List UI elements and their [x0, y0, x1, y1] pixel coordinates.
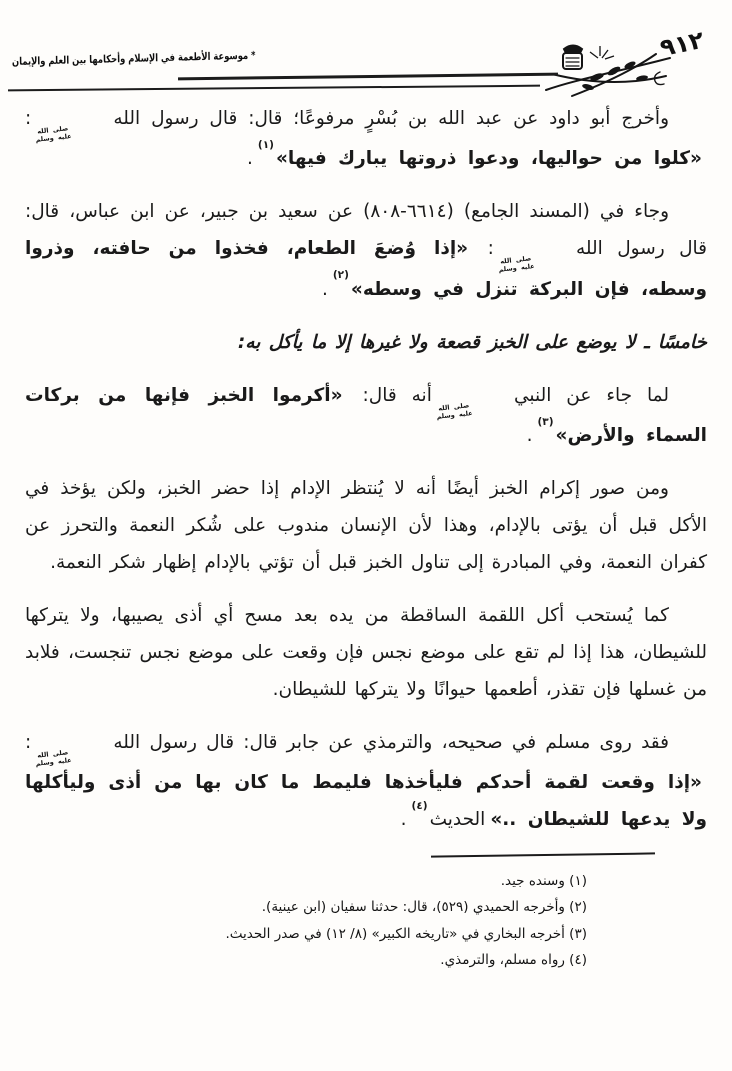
paragraph-bread-before-condiment: ومن صور إكرام الخبز أيضًا أنه لا يُنتظر …: [25, 470, 707, 581]
paragraph-honor-bread: لما جاء عن النبيصلى اللهعليه وسلمأنه قال…: [25, 377, 707, 454]
narration-text: لما جاء عن النبي: [514, 385, 669, 406]
narration-text: :: [488, 238, 494, 259]
footnote-4: (٤) رواه مسلم، والترمذي.: [25, 947, 587, 973]
hadith-continuation-label: الحديث: [430, 809, 486, 830]
sentence-end: .: [527, 425, 533, 446]
salawat-emblem: صلى اللهعليه وسلم: [35, 120, 110, 144]
footnote-ref-4: (٤): [412, 800, 428, 812]
paragraph-musnad-jami: وجاء في (المسند الجامع) (٦٦١٤-٨٠٨) عن سع…: [25, 193, 707, 307]
footnote-ref-3: (٣): [537, 416, 553, 428]
paragraph-fallen-morsel: كما يُستحب أكل اللقمة الساقطة من يده بعد…: [25, 597, 707, 708]
book-title: * موسوعة الأطعمة في الإسلام وأحكامها بين…: [12, 50, 256, 68]
narration-text: فقد روى مسلم في صحيحه، والترمذي عن جابر …: [113, 732, 669, 753]
page-body: وأخرج أبو داود عن عبد الله بن بُسْرٍ مرف…: [25, 100, 707, 973]
narration-text: وأخرج أبو داود عن عبد الله بن بُسْرٍ مرف…: [113, 108, 669, 129]
narration-text: :: [25, 732, 31, 753]
sentence-end: .: [322, 279, 328, 300]
hadith-eat-from-sides: «كلوا من حواليها، ودعوا ذروتها يبارك فيه…: [276, 148, 702, 169]
header-rule-top: [178, 73, 558, 80]
salawat-emblem: صلى اللهعليه وسلم: [497, 250, 572, 274]
paragraph-abu-dawud: وأخرج أبو داود عن عبد الله بن بُسْرٍ مرف…: [25, 100, 707, 177]
narration-text: أنه قال:: [363, 385, 432, 406]
paragraph-muslim-tirmidhi: فقد روى مسلم في صحيحه، والترمذي عن جابر …: [25, 724, 707, 838]
header-ornament-icon: [542, 36, 674, 102]
footnote-3: (٣) أخرجه البخاري في «تاريخه الكبير» (٨/…: [25, 921, 587, 947]
sentence-end: .: [401, 809, 407, 830]
footnote-2: (٢) وأخرجه الحميدي (٥٢٩)، قال: حدثنا سفي…: [25, 894, 587, 920]
salawat-emblem: صلى اللهعليه وسلم: [435, 397, 510, 421]
section-heading-fifth: خامسًا ـ لا يوضع على الخبز قصعة ولا غيره…: [25, 324, 707, 361]
footnote-ref-2: (٢): [333, 269, 349, 281]
footnote-ref-1: (١): [258, 139, 274, 151]
narration-text: :: [25, 108, 31, 129]
footnote-1: (١) وسنده جيد.: [25, 868, 587, 894]
book-page: ٩١٢ * موسوعة الأطعمة في الإسلام وأحكامها…: [0, 0, 732, 1071]
footnote-separator: [431, 852, 655, 857]
footnotes-section: (١) وسنده جيد. (٢) وأخرجه الحميدي (٥٢٩)،…: [25, 868, 587, 973]
salawat-emblem: صلى اللهعليه وسلم: [35, 744, 110, 768]
sentence-end: .: [247, 148, 253, 169]
hadith-fallen-morsel: «إذا وقعت لقمة أحدكم فليأخذها فليمط ما ك…: [25, 772, 707, 830]
header-rule-bottom: [8, 85, 540, 91]
